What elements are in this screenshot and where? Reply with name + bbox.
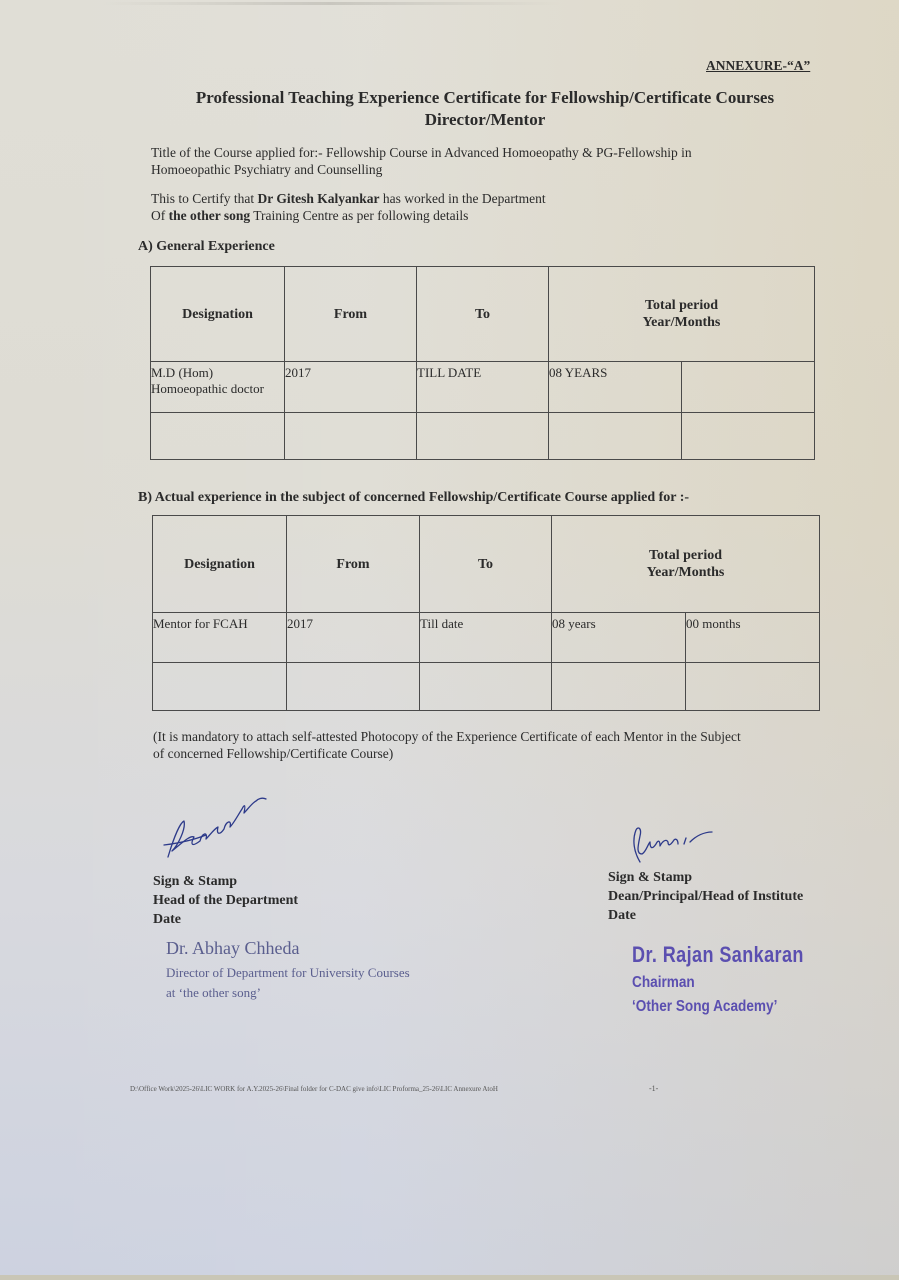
header-to: To	[417, 267, 549, 362]
cell-from	[287, 663, 420, 711]
stamp-title: Chairman	[632, 974, 810, 992]
stamp-title: Director of Department for University Co…	[166, 963, 410, 983]
certify-line-2: Of the other song Training Centre as per…	[151, 207, 811, 224]
certified-organization: the other song	[169, 208, 251, 223]
cell-from: 2017	[285, 362, 417, 413]
date-label: Date	[608, 906, 803, 925]
section-b-heading: B) Actual experience in the subject of c…	[138, 490, 689, 506]
cell-months	[686, 663, 820, 711]
certify-line2-suffix: Training Centre as per following details	[250, 208, 468, 223]
designation-line-2: Homoeopathic doctor	[151, 381, 284, 397]
stamp-dean: Dr. Rajan Sankaran Chairman ‘Other Song …	[632, 942, 842, 1016]
certify-line-1: This to Certify that Dr Gitesh Kalyankar…	[151, 190, 811, 207]
table-header-row: Designation From To Total period Year/Mo…	[153, 516, 820, 613]
signatory-left-labels: Sign & Stamp Head of the Department Date	[153, 872, 298, 929]
table-header-row: Designation From To Total period Year/Mo…	[151, 267, 815, 362]
signature-head-of-department	[160, 785, 280, 870]
stamp-name: Dr. Abhay Chheda	[166, 938, 410, 959]
cell-to: Till date	[420, 613, 552, 663]
certified-person: Dr Gitesh Kalyankar	[257, 191, 379, 206]
sign-stamp-label: Sign & Stamp	[153, 872, 298, 891]
designation-line-1: M.D (Hom)	[151, 365, 284, 381]
header-designation: Designation	[153, 516, 287, 613]
cell-designation: Mentor for FCAH	[153, 613, 287, 663]
stamp-name: Dr. Rajan Sankaran	[632, 942, 804, 968]
title-line-2: Director/Mentor	[130, 109, 840, 131]
sign-stamp-label: Sign & Stamp	[608, 868, 803, 887]
certify-prefix: This to Certify that	[151, 191, 257, 206]
certify-suffix: has worked in the Department	[380, 191, 546, 206]
cell-from	[285, 413, 417, 460]
table-row	[153, 663, 820, 711]
header-from: From	[285, 267, 417, 362]
dean-principal-label: Dean/Principal/Head of Institute	[608, 887, 803, 906]
cell-years	[549, 413, 682, 460]
cell-years	[552, 663, 686, 711]
stamp-organization: at ‘the other song’	[166, 983, 410, 1003]
paper-crease	[100, 2, 560, 5]
footer-page-number: -1-	[649, 1084, 658, 1093]
cell-years: 08 years	[552, 613, 686, 663]
title-line-1: Professional Teaching Experience Certifi…	[130, 87, 840, 109]
course-title-line-2: Homoeopathic Psychiatry and Counselling	[151, 161, 811, 178]
header-total-line-2: Year/Months	[552, 564, 819, 581]
general-experience-table: Designation From To Total period Year/Mo…	[150, 266, 815, 460]
cell-months: 00 months	[686, 613, 820, 663]
signature-dean	[628, 822, 718, 871]
stamp-head-of-department: Dr. Abhay Chheda Director of Department …	[166, 938, 410, 1003]
table-row: Mentor for FCAH 2017 Till date 08 years …	[153, 613, 820, 663]
signatory-right-labels: Sign & Stamp Dean/Principal/Head of Inst…	[608, 868, 803, 925]
actual-experience-table: Designation From To Total period Year/Mo…	[152, 515, 820, 711]
header-from: From	[287, 516, 420, 613]
cell-months	[682, 413, 815, 460]
cell-months	[682, 362, 815, 413]
header-designation: Designation	[151, 267, 285, 362]
annexure-label: ANNEXURE-“A”	[706, 58, 810, 74]
header-to: To	[420, 516, 552, 613]
header-total-line-1: Total period	[549, 297, 814, 314]
cell-to	[417, 413, 549, 460]
section-a-heading: A) General Experience	[138, 239, 275, 255]
cell-from: 2017	[287, 613, 420, 663]
cell-years: 08 YEARS	[549, 362, 682, 413]
mandatory-note: (It is mandatory to attach self-attested…	[153, 728, 833, 762]
certification-statement: This to Certify that Dr Gitesh Kalyankar…	[151, 190, 811, 224]
cell-designation	[153, 663, 287, 711]
course-title: Title of the Course applied for:- Fellow…	[151, 144, 811, 178]
certify-line2-prefix: Of	[151, 208, 169, 223]
table-row: M.D (Hom) Homoeopathic doctor 2017 TILL …	[151, 362, 815, 413]
paper-bottom-edge	[0, 1275, 899, 1280]
header-total-period: Total period Year/Months	[552, 516, 820, 613]
stamp-organization: ‘Other Song Academy’	[632, 998, 810, 1016]
table-row	[151, 413, 815, 460]
head-of-department-label: Head of the Department	[153, 891, 298, 910]
cell-designation: M.D (Hom) Homoeopathic doctor	[151, 362, 285, 413]
note-line-2: of concerned Fellowship/Certificate Cour…	[153, 745, 833, 762]
course-title-line-1: Title of the Course applied for:- Fellow…	[151, 144, 811, 161]
page-title: Professional Teaching Experience Certifi…	[130, 87, 840, 131]
cell-designation	[151, 413, 285, 460]
cell-to	[420, 663, 552, 711]
note-line-1: (It is mandatory to attach self-attested…	[153, 728, 833, 745]
header-total-line-2: Year/Months	[549, 314, 814, 331]
header-total-period: Total period Year/Months	[549, 267, 815, 362]
footer-file-path: D:\Office Work\2025-26\LIC WORK for A.Y.…	[130, 1085, 498, 1093]
cell-to: TILL DATE	[417, 362, 549, 413]
header-total-line-1: Total period	[552, 547, 819, 564]
date-label: Date	[153, 910, 298, 929]
